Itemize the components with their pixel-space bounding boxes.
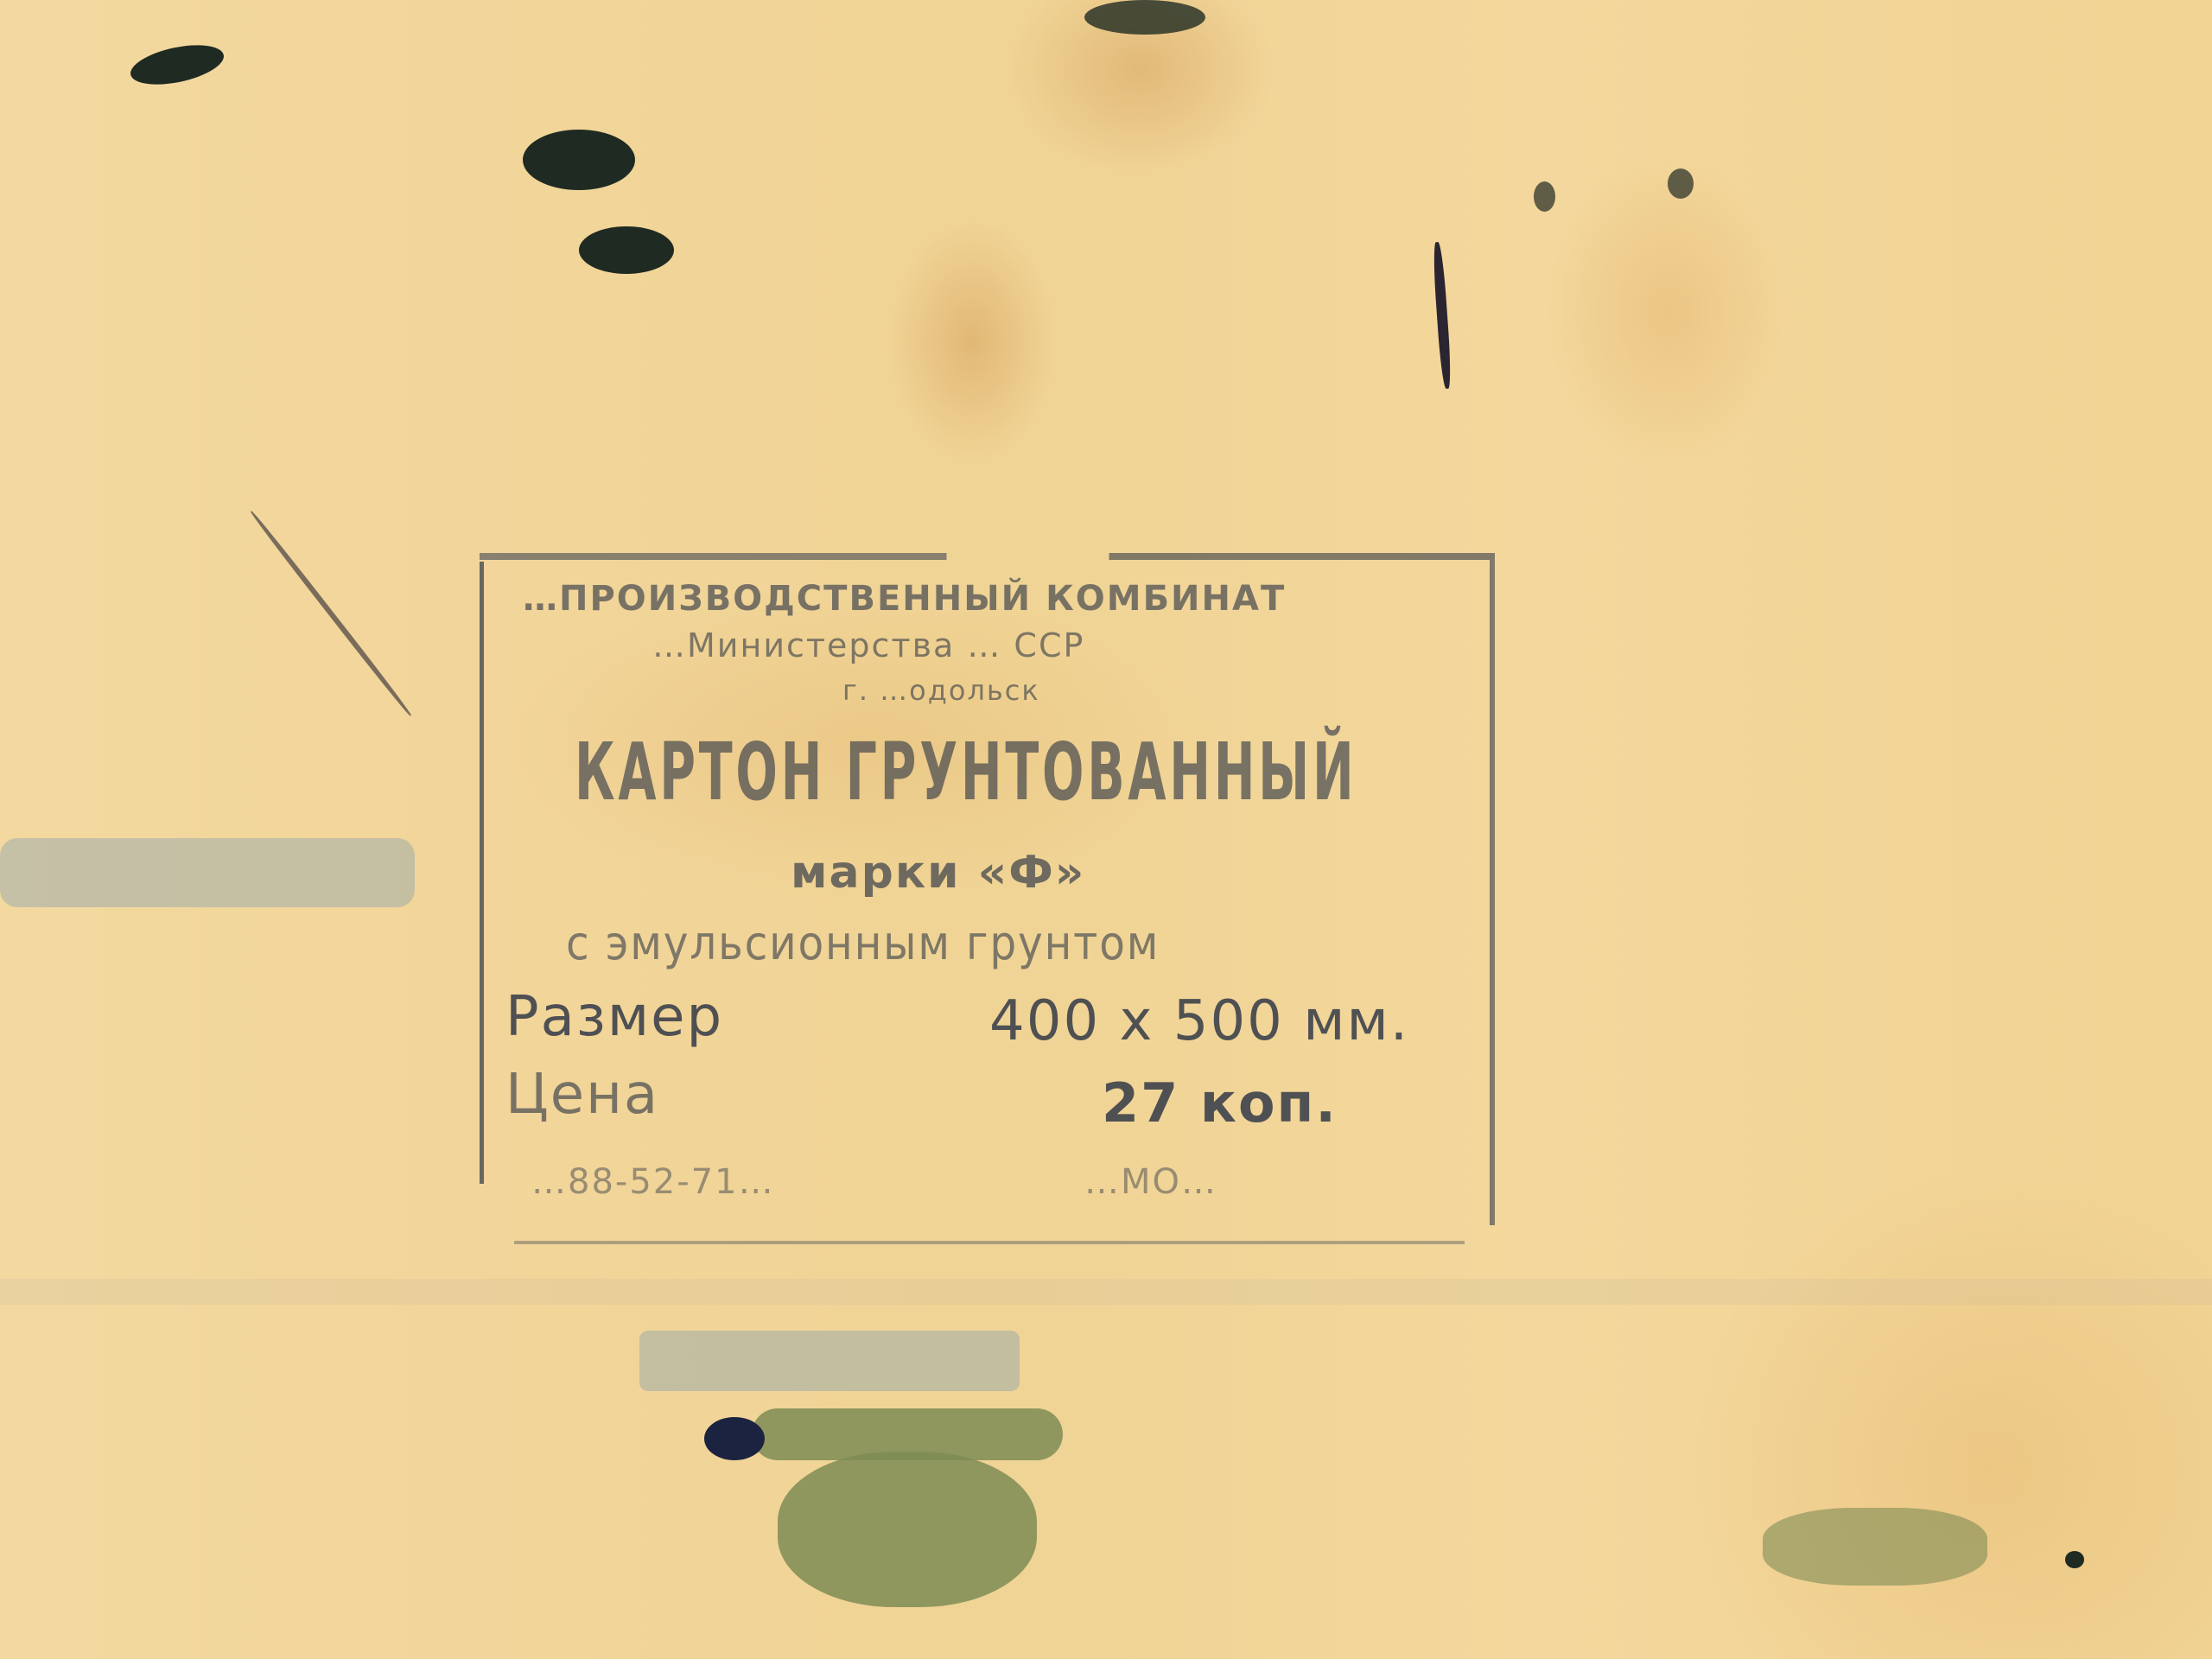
dark-paint-blot xyxy=(1084,0,1205,35)
stamp-border xyxy=(480,562,484,1184)
stamp-size-value: 400 х 500 мм. xyxy=(989,989,1409,1053)
dark-paint-blot xyxy=(523,130,635,190)
stamp-border xyxy=(480,553,1495,560)
stamp-size-label: Размер xyxy=(505,985,723,1049)
stamp-product: КАРТОН ГРУНТОВАННЫЙ xyxy=(575,726,1357,818)
stamp-primer: с эмульсионным грунтом xyxy=(566,916,1160,970)
faint-horizontal-band xyxy=(0,1279,2212,1305)
stamp-border xyxy=(1490,560,1495,1225)
stamp-footer-code: …МО… xyxy=(1084,1162,1217,1202)
stamp-footer-code: …88-52-71… xyxy=(531,1162,775,1202)
grey-paint-smear xyxy=(639,1331,1020,1391)
stamp-ministry: …Министерства … ССР xyxy=(652,626,1084,664)
olive-paint-smear xyxy=(778,1452,1037,1607)
stamp-price-value: 27 коп. xyxy=(1102,1071,1338,1135)
dark-paint-blot xyxy=(2065,1551,2084,1568)
stamp-price-label: Цена xyxy=(505,1063,659,1127)
dark-paint-blot xyxy=(1668,168,1694,199)
factory-stamp: …ПРОИЗВОДСТВЕННЫЙ КОМБИНАТ …Министерства… xyxy=(480,553,1495,1244)
dark-paint-blot xyxy=(1534,181,1555,212)
grey-paint-smear xyxy=(0,838,415,907)
stamp-city: г. …одольск xyxy=(842,674,1040,707)
stamp-grade: марки «Ф» xyxy=(791,847,1085,899)
stamp-producer: …ПРОИЗВОДСТВЕННЫЙ КОМБИНАТ xyxy=(523,579,1286,619)
stamp-border xyxy=(514,1241,1465,1244)
dark-paint-blot xyxy=(579,226,674,274)
olive-paint-smear xyxy=(1763,1508,1987,1586)
dark-blue-paint-blot xyxy=(704,1417,765,1460)
